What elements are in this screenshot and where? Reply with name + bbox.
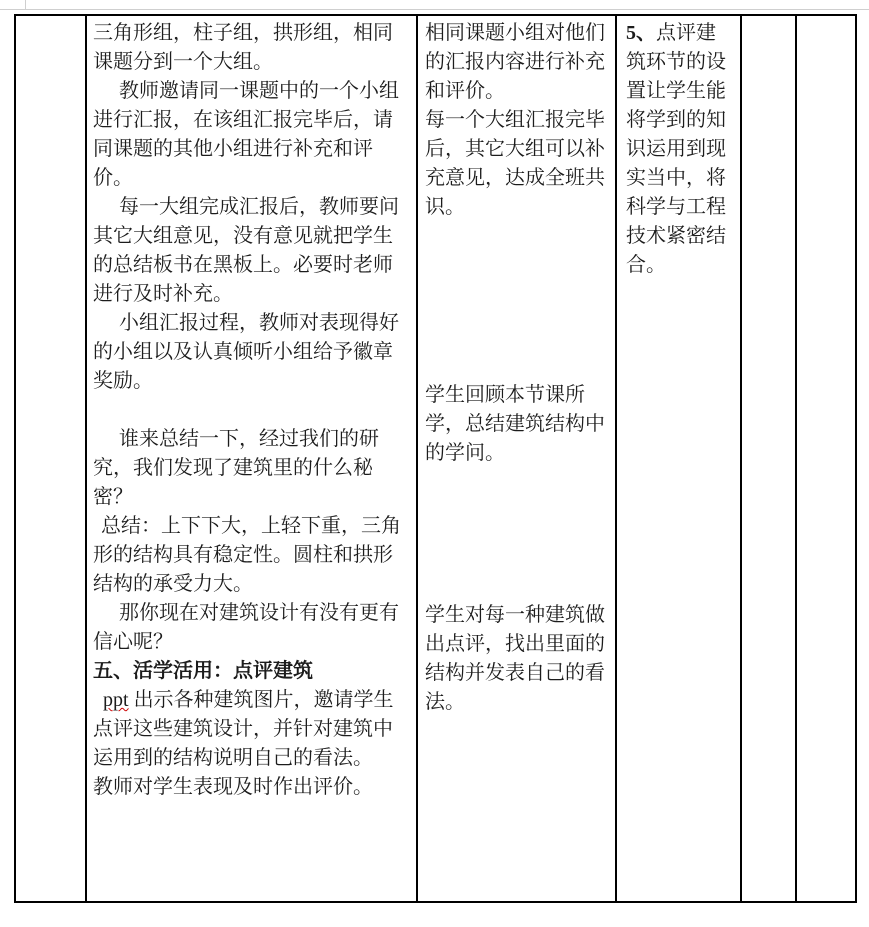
paragraph-who-summarizes[interactable]: 谁来总结一下，经过我们的研究，我们发现了建筑里的什么秘密？ [93,425,412,512]
page-top-divider [0,9,869,10]
paragraph-confidence-question[interactable]: 那你现在对建筑设计有没有更有信心呢？ [93,599,412,657]
paragraph-peer-supplement[interactable]: 相同课题小组对他们的汇报内容进行补充和评价。 [425,19,610,106]
paragraph-badge-reward[interactable]: 小组汇报过程，教师对表现得好的小组以及认真倾听小组给予徽章奖励。 [93,309,412,396]
table-cell-teaching-process: 三角形组，柱子组，拱形组，相同课题分到一个大组。 教师邀请同一课题中的一个小组进… [87,16,418,901]
table-cell-empty-right-2 [797,16,854,901]
paragraph-summary[interactable]: 总结：上下下大，上轻下重，三角形的结构具有稳定性。圆柱和拱形结构的承受力大。 [93,512,412,599]
paragraph-ppt-show[interactable]: ppt 出示各种建筑图片，邀请学生点评这些建筑设计，并针对建筑中运用到的结构说明… [93,686,412,773]
ppt-paragraph-rest: 出示各种建筑图片，邀请学生点评这些建筑设计，并针对建筑中运用到的结构说明自己的看… [93,689,394,769]
table-cell-student-activity: 相同课题小组对他们的汇报内容进行补充和评价。 每一个大组汇报完毕后，其它大组可以… [418,16,617,901]
paragraph-teacher-evaluation[interactable]: 教师对学生表现及时作出评价。 [93,773,412,802]
paragraph-grouping[interactable]: 三角形组，柱子组，拱形组，相同课题分到一个大组。 [93,19,412,77]
design-intent-text: 点评建筑环节的设置让学生能将学到的知识运用到现实当中，将科学与工程技术紧密结合。 [626,22,726,276]
table-cell-design-intent: 5、点评建筑环节的设置让学生能将学到的知识运用到现实当中，将科学与工程技术紧密结… [617,16,742,901]
ppt-word-spellcheck: ppt [103,689,129,711]
lesson-plan-table: 三角形组，柱子组，拱形组，相同课题分到一个大组。 教师邀请同一课题中的一个小组进… [14,14,857,903]
paragraph-design-intent[interactable]: 5、点评建筑环节的设置让学生能将学到的知识运用到现实当中，将科学与工程技术紧密结… [626,19,735,280]
paragraph-class-consensus[interactable]: 每一个大组汇报完毕后，其它大组可以补充意见，达成全班共识。 [425,106,610,222]
paragraph-student-comment[interactable]: 学生对每一种建筑做出点评，找出里面的结构并发表自己的看法。 [425,601,610,717]
table-cell-empty-right-1 [742,16,797,901]
table-cell-empty-left [16,16,87,901]
paragraph-student-review[interactable]: 学生回顾本节课所学，总结建筑结构中的学问。 [425,381,610,468]
design-intent-number: 5、 [626,22,656,44]
paragraph-invite-report[interactable]: 教师邀请同一课题中的一个小组进行汇报，在该组汇报完毕后，请同课题的其他小组进行补… [93,77,412,193]
page-margin-tick [25,0,26,10]
paragraph-group-summary[interactable]: 每一大组完成汇报后，教师要问其它大组意见，没有意见就把学生的总结板书在黑板上。必… [93,193,412,309]
section-heading-apply-learning[interactable]: 五、活学活用：点评建筑 [93,657,412,686]
